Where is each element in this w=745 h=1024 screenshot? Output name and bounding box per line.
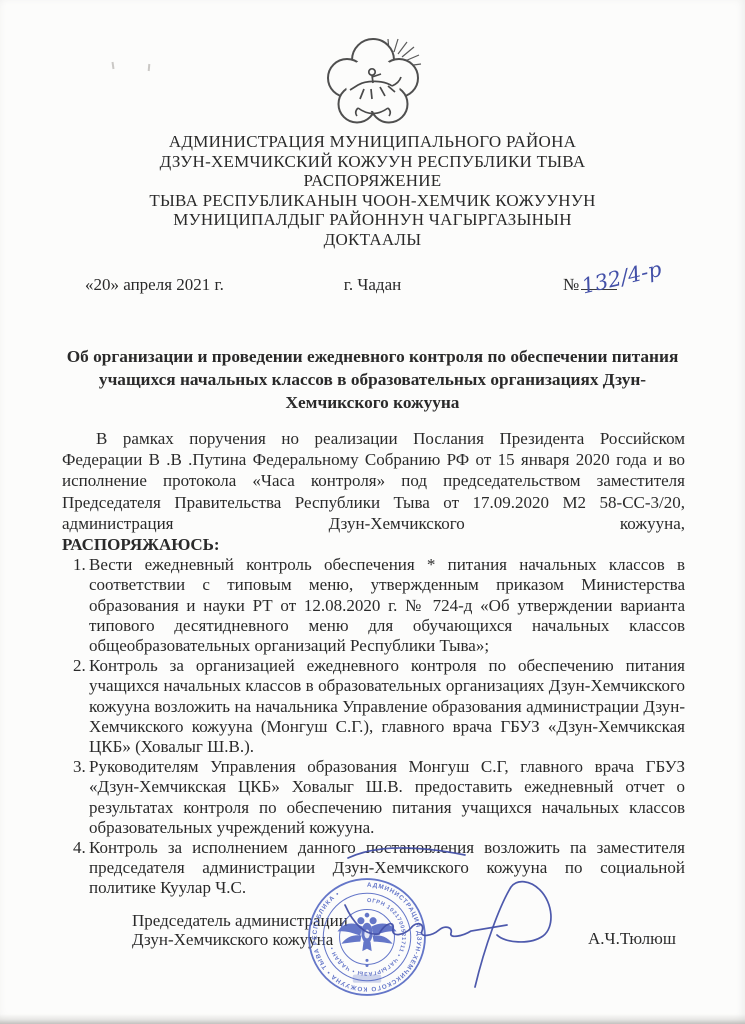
document-page: АДМИНИСТРАЦИЯ МУНИЦИПАЛЬНОГО РАЙОНА ДЗУН…: [0, 0, 745, 1024]
list-item-number: 2.: [62, 656, 89, 757]
list-item-text: Вести ежедневный контроль обеспечения * …: [89, 555, 685, 656]
scan-edge-shadow: [0, 1014, 745, 1024]
header-line: ДЗУН-ХЕМЧИКСКИЙ КОЖУУН РЕСПУБЛИКИ ТЫВА: [0, 152, 745, 172]
header-line: ТЫВА РЕСПУБЛИКАНЫН ЧООН-ХЕМЧИК КОЖУУНУН: [0, 191, 745, 211]
document-title: Об организации и проведении ежедневного …: [0, 345, 745, 414]
document-body: В рамках поручения но реализации Послани…: [0, 428, 745, 899]
signature-autograph: [325, 835, 565, 1005]
list-item-text: Контроль за организацией ежедневного кон…: [89, 656, 685, 757]
handwritten-number: 132/4-р: [575, 257, 665, 299]
order-word: РАСПОРЯЖАЮСЬ:: [62, 534, 685, 555]
list-item: 3. Руководителям Управления образования …: [62, 757, 685, 838]
signer-name: А.Ч.Тюлюш: [588, 929, 676, 949]
header-line: ДОКТААЛЫ: [0, 230, 745, 250]
tuva-coat-of-arms-icon: [314, 36, 432, 128]
list-item-number: 1.: [62, 555, 89, 656]
list-item-text: Руководителям Управления образования Мон…: [89, 757, 685, 838]
list-item: 2. Контроль за организацией ежедневного …: [62, 656, 685, 757]
header-line: АДМИНИСТРАЦИЯ МУНИЦИПАЛЬНОГО РАЙОНА: [0, 132, 745, 152]
scan-artifact-mark: [112, 62, 115, 69]
list-item-number: 3.: [62, 757, 89, 838]
list-item-number: 4.: [62, 838, 89, 899]
svg-text:132/4-р: 132/4-р: [579, 257, 663, 299]
list-item: 1. Вести ежедневный контроль обеспечения…: [62, 555, 685, 656]
header-line: МУНИЦИПАЛДЫГ РАЙОННУН ЧАГЫРГАЗЫНЫН: [0, 210, 745, 230]
date-row: «20» апреля 2021 г. г. Чадан № 132/4-р: [0, 275, 745, 297]
document-number: № 132/4-р: [563, 275, 617, 295]
scan-artifact-mark: [148, 64, 151, 71]
intro-paragraph: В рамках поручения но реализации Послани…: [62, 428, 685, 534]
document-header: АДМИНИСТРАЦИЯ МУНИЦИПАЛЬНОГО РАЙОНА ДЗУН…: [0, 132, 745, 249]
header-line: РАСПОРЯЖЕНИЕ: [0, 171, 745, 191]
